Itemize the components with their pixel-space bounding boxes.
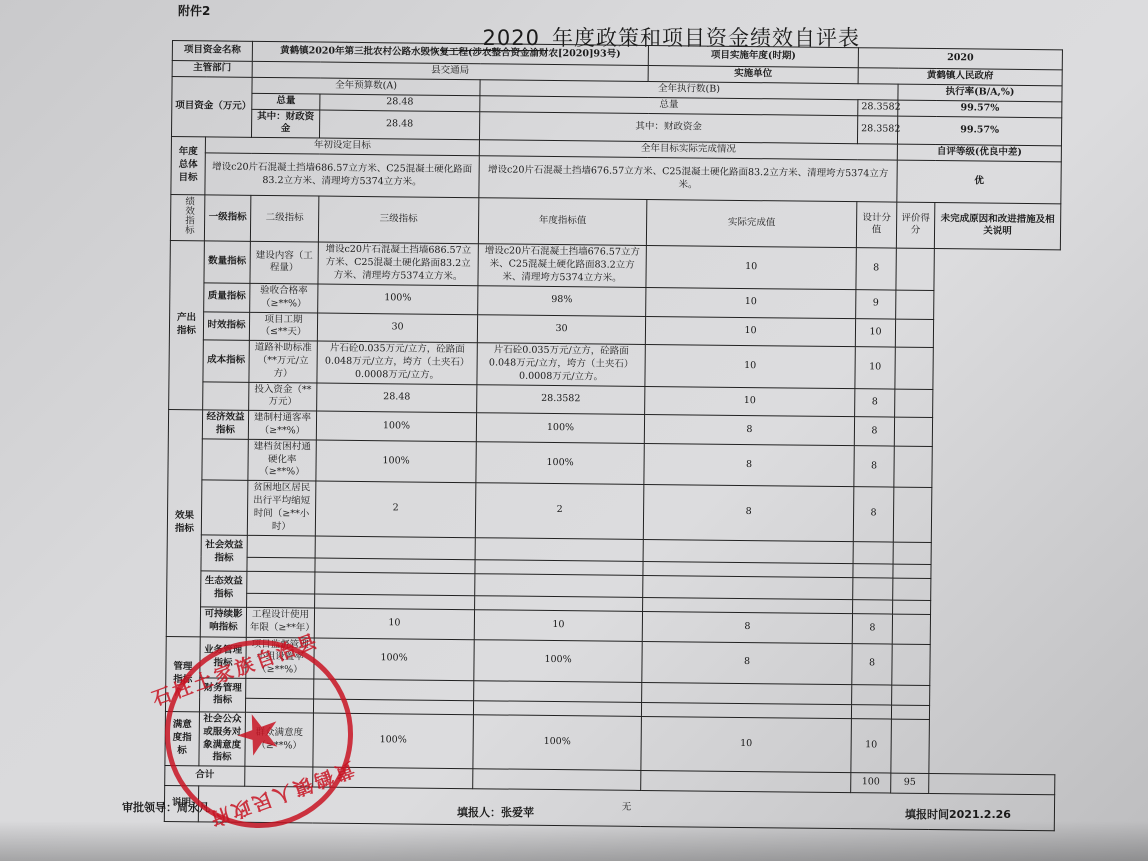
cell-l1: 满意度指标 bbox=[165, 711, 200, 766]
exec-fiscal-label: 其中：财政资金 bbox=[479, 111, 857, 144]
cell-l2: 时效指标 bbox=[203, 311, 249, 340]
annex-label: 附件2 bbox=[178, 2, 210, 19]
budget-fiscal: 28.48 bbox=[319, 110, 479, 140]
cell-target bbox=[314, 679, 474, 701]
cell-design bbox=[643, 575, 853, 599]
cell-score bbox=[853, 541, 893, 563]
cell-l3: 建制村通客率（≥**%） bbox=[248, 411, 316, 440]
cell-l1: 产出指标 bbox=[169, 240, 205, 410]
cell-note bbox=[895, 319, 933, 348]
cell-score bbox=[852, 685, 892, 705]
total-label: 合计 bbox=[165, 766, 245, 787]
cell-l2: 社会公众或服务对象满意度指标 bbox=[199, 712, 246, 767]
budget-fiscal-label: 其中：财政资金 bbox=[251, 109, 319, 138]
cell-design bbox=[643, 539, 853, 563]
cell-actual: 2 bbox=[475, 483, 644, 539]
cell-l3 bbox=[247, 571, 315, 594]
project-name-label: 项目资金名称 bbox=[172, 41, 252, 62]
period-label: 项目实施年度(时期) bbox=[648, 45, 858, 67]
cell-note bbox=[891, 719, 930, 774]
cell-actual: 100% bbox=[476, 442, 644, 485]
header-l2: 二级指标 bbox=[250, 195, 318, 242]
cell-design: 10 bbox=[641, 716, 852, 772]
cell-l3 bbox=[245, 698, 313, 713]
cell-note bbox=[894, 446, 932, 488]
cell-l2: 可持续影响指标 bbox=[200, 606, 246, 636]
cell-l3: 建设内容（工程量） bbox=[250, 241, 318, 284]
cell-score: 8 bbox=[852, 643, 892, 685]
cell-l3: 群众满意度（≥**%） bbox=[245, 712, 314, 767]
cell-design: 8 bbox=[643, 485, 854, 541]
cell-score bbox=[853, 577, 893, 599]
cell-actual bbox=[475, 573, 643, 597]
cell-actual bbox=[474, 681, 642, 703]
indicators-section-label: 绩效指标 bbox=[170, 195, 204, 241]
cell-note bbox=[893, 542, 931, 564]
rate-fiscal: 99.57% bbox=[897, 116, 1061, 146]
cell-score: 8 bbox=[854, 445, 894, 487]
cell-actual: 28.3582 bbox=[477, 384, 645, 414]
budget-total-label: 总量 bbox=[252, 93, 320, 110]
cell-actual: 100% bbox=[474, 639, 642, 682]
cell-l2 bbox=[201, 480, 248, 535]
cell-l3 bbox=[247, 557, 315, 572]
cell-target: 2 bbox=[315, 481, 476, 537]
cell-l3 bbox=[247, 593, 315, 608]
cell-l2 bbox=[203, 381, 249, 410]
cell-l1: 效果指标 bbox=[166, 410, 202, 637]
cell-l3: 建档贫困村通硬化率（≥**%） bbox=[248, 439, 316, 481]
grade-value: 优 bbox=[897, 160, 1061, 204]
cell-design: 10 bbox=[646, 245, 856, 289]
cell-l2: 质量指标 bbox=[204, 283, 250, 312]
header-note: 未完成原因和改进措施及相关说明 bbox=[934, 203, 1061, 250]
cell-l2: 成本指标 bbox=[203, 340, 249, 382]
cell-l2: 经济效益指标 bbox=[202, 410, 248, 439]
cell-score: 8 bbox=[855, 388, 895, 417]
cell-l3: 贫困地区居民出行平均缩短时间（≥**小时） bbox=[247, 481, 316, 536]
cell-actual: 100% bbox=[476, 413, 644, 443]
rate-total: 99.57% bbox=[898, 100, 1062, 118]
cell-design bbox=[642, 682, 852, 704]
cell-l3: 投入资金（**万元） bbox=[249, 382, 317, 411]
filler: 填报人：张爱苹 bbox=[457, 804, 534, 820]
cell-l3: 项目监督管理小组设置率（≥**%） bbox=[246, 637, 314, 679]
period-value: 2020 bbox=[858, 48, 1062, 70]
cell-score: 8 bbox=[854, 417, 894, 446]
header-actual: 实际完成值 bbox=[646, 200, 856, 248]
cell-target: 10 bbox=[314, 608, 474, 640]
cell-score: 8 bbox=[853, 487, 894, 542]
cell-l2 bbox=[202, 439, 248, 481]
goals-label: 年度总体目标 bbox=[171, 137, 206, 195]
cell-actual: 10 bbox=[474, 609, 642, 641]
cell-l2: 社会效益指标 bbox=[201, 534, 247, 570]
cell-note bbox=[892, 685, 930, 705]
cell-target: 100% bbox=[314, 638, 474, 681]
table-row: 贫困地区居民出行平均缩短时间（≥**小时）2288 bbox=[167, 480, 1058, 544]
cell-score: 9 bbox=[856, 290, 896, 319]
cell-note bbox=[891, 705, 929, 719]
grade-label: 自评等级(优良中差) bbox=[897, 144, 1061, 162]
cell-l1: 管理指标 bbox=[165, 636, 200, 712]
cell-note bbox=[892, 614, 930, 644]
table-row: 满意度指标社会公众或服务对象满意度指标群众满意度（≥**%）100%100%10… bbox=[165, 711, 1056, 775]
fill-date: 填报时间2021.2.26 bbox=[905, 806, 1011, 822]
cell-score: 10 bbox=[851, 719, 892, 774]
cell-target: 片石砼0.035万元/立方，砼路面0.048万元/立方，垮方（土夹石）0.000… bbox=[317, 341, 477, 384]
exec-total: 28.3582 bbox=[858, 99, 898, 115]
document-sheet: 附件2 2020年度政策和项目资金绩效自评表 项目资金名称 黄鹤镇2020年第三… bbox=[0, 0, 1148, 861]
cell-design: 10 bbox=[645, 386, 855, 417]
cell-target: 28.48 bbox=[317, 383, 477, 413]
cell-score: 10 bbox=[855, 347, 895, 389]
cell-actual: 片石砼0.035万元/立方，砼路面0.048万元/立方，垮方（土夹石）0.000… bbox=[477, 343, 645, 386]
cell-score: 8 bbox=[852, 613, 892, 643]
header-l1: 一级指标 bbox=[204, 195, 250, 241]
cell-note bbox=[895, 347, 933, 389]
budget-total: 28.48 bbox=[320, 94, 480, 111]
cell-design: 8 bbox=[644, 415, 854, 446]
cell-target: 增设c20片石混凝土挡墙686.57立方米、C25混凝土硬化路面83.2立方米、… bbox=[318, 242, 478, 286]
cell-note bbox=[895, 389, 933, 418]
cell-actual bbox=[475, 537, 643, 561]
cell-actual: 98% bbox=[478, 286, 646, 316]
approver: 审批领导：周永凡 bbox=[122, 799, 210, 815]
cell-l3 bbox=[246, 678, 314, 699]
header-l3: 三级指标 bbox=[318, 196, 478, 243]
cell-note bbox=[896, 290, 934, 319]
cell-l2: 数量指标 bbox=[204, 241, 250, 283]
cell-note bbox=[892, 644, 930, 686]
cell-actual: 100% bbox=[473, 715, 642, 771]
cell-score bbox=[851, 705, 891, 719]
cell-l2: 财务管理指标 bbox=[199, 678, 245, 712]
cell-score bbox=[853, 563, 893, 577]
cell-actual: 增设c20片石混凝土挡墙676.57立方米、C25混凝土硬化路面83.2立方米、… bbox=[478, 244, 646, 288]
cell-target bbox=[315, 536, 475, 560]
total-score: 95 bbox=[891, 773, 929, 793]
dept-label: 主管部门 bbox=[172, 61, 252, 78]
cell-l2: 生态效益指标 bbox=[201, 570, 247, 606]
funds-label: 项目资金（万元） bbox=[171, 77, 252, 138]
cell-l3 bbox=[247, 535, 315, 558]
cell-note bbox=[896, 248, 934, 290]
cell-score bbox=[853, 599, 893, 613]
cell-l3: 验收合格率（≥**%） bbox=[250, 283, 318, 312]
header-target: 年度指标值 bbox=[478, 198, 646, 246]
cell-design: 10 bbox=[645, 345, 855, 389]
initial-goal: 增设c20片石混凝土挡墙686.57立方米、C25混凝土硬化路面83.2立方米、… bbox=[205, 153, 479, 198]
cell-l3: 项目工期（≤**天） bbox=[249, 312, 317, 341]
exec-fiscal: 28.3582 bbox=[857, 115, 897, 144]
cell-l3: 工程设计使用年限（≥**年） bbox=[246, 607, 314, 638]
cell-l3: 道路补助标准（**万元/立方） bbox=[249, 340, 317, 382]
header-design: 设计分值 bbox=[856, 202, 896, 248]
cell-target bbox=[315, 572, 475, 596]
cell-design: 8 bbox=[642, 611, 852, 643]
rate-label: 执行率(B/A,%) bbox=[898, 84, 1062, 102]
cell-note bbox=[893, 487, 932, 542]
evaluation-table: 项目资金名称 黄鹤镇2020年第三批农村公路水毁恢复工程(涉农整合资金渝财农[2… bbox=[164, 40, 1063, 831]
cell-score: 10 bbox=[855, 318, 895, 347]
cell-target: 100% bbox=[316, 440, 476, 483]
cell-note bbox=[893, 600, 931, 614]
cell-design: 10 bbox=[645, 316, 855, 347]
cell-design: 10 bbox=[646, 287, 856, 318]
header-score: 评价得分 bbox=[896, 202, 934, 248]
cell-note bbox=[893, 578, 931, 600]
cell-note bbox=[893, 564, 931, 578]
cell-design: 8 bbox=[642, 641, 852, 685]
cell-target: 30 bbox=[317, 313, 477, 343]
cell-target: 100% bbox=[318, 284, 478, 314]
cell-score: 8 bbox=[856, 248, 896, 290]
actual-goal: 增设c20片石混凝土挡墙676.57立方米、C25混凝土硬化路面83.2立方米、… bbox=[479, 156, 897, 202]
cell-target: 100% bbox=[316, 411, 476, 441]
cell-l2: 业务管理指标 bbox=[200, 636, 246, 678]
cell-design: 8 bbox=[644, 443, 854, 487]
total-design: 100 bbox=[851, 773, 891, 793]
cell-note bbox=[894, 417, 932, 446]
cell-target: 100% bbox=[313, 713, 474, 769]
cell-actual: 30 bbox=[477, 314, 645, 344]
photo-shadow bbox=[0, 821, 1148, 861]
